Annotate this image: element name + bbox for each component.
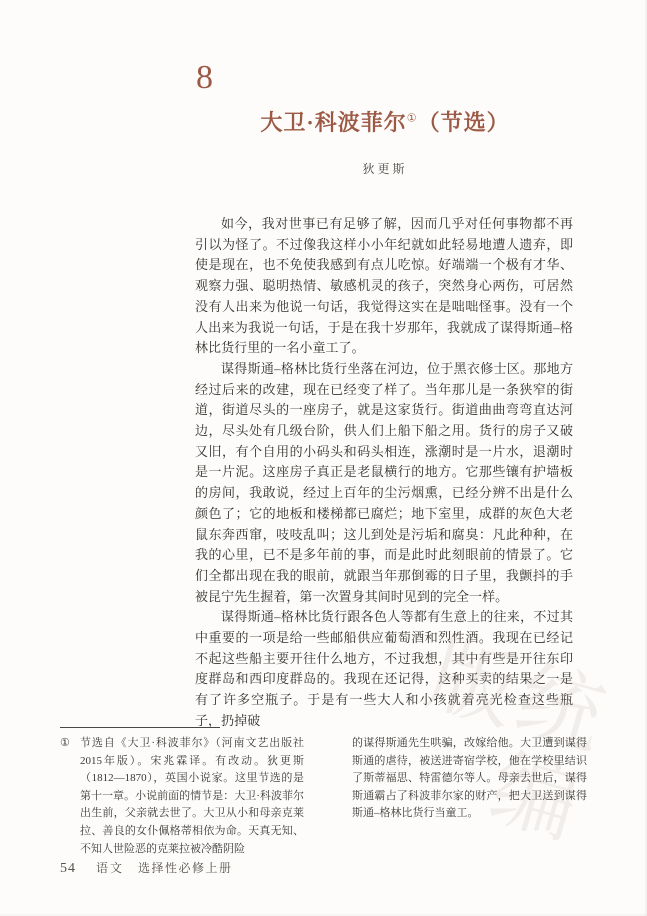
textbook-page: 8 大卫·科波菲尔①（节选） 狄更斯 如今，我对世事已有足够了解，因而几乎对任何…: [0, 0, 647, 916]
footnote-area: ①节选自《大卫·科波菲尔》（河南文艺出版社2015年版）。宋兆霖译。有改动。狄更…: [60, 735, 587, 858]
page-number: 54: [60, 861, 76, 877]
footnote-marker: ①: [60, 735, 70, 753]
footer-volume: 选择性必修上册: [138, 859, 233, 876]
footnote-right-column: 的谋得斯通先生哄骗，改嫁给他。大卫遭到谋得斯通的虐待，被送进寄宿学校，他在学校里…: [352, 735, 587, 858]
footnote-left-text: 节选自《大卫·科波菲尔》（河南文艺出版社2015年版）。宋兆霖译。有改动。狄更斯…: [80, 737, 304, 855]
footnote-ref-mark: ①: [407, 113, 418, 125]
lesson-title: 大卫·科波菲尔①（节选）: [195, 108, 575, 138]
lesson-title-suffix: （节选）: [418, 110, 510, 135]
author-name: 狄更斯: [195, 160, 575, 177]
page-footer: 54 语文 选择性必修上册: [60, 859, 233, 877]
lesson-title-text: 大卫·科波菲尔: [260, 110, 406, 135]
paragraph-1: 如今，我对世事已有足够了解，因而几乎对任何事物都不再引以为怪了。不过像我这样小小…: [195, 214, 573, 359]
footnote-left-column: ①节选自《大卫·科波菲尔》（河南文艺出版社2015年版）。宋兆霖译。有改动。狄更…: [60, 735, 304, 858]
paragraph-2: 谋得斯通–格林比货行坐落在河边，位于黑衣修士区。那地方经过后来的改建，现在已经变…: [195, 359, 573, 607]
paragraph-3: 谋得斯通–格林比货行跟各色人等都有生意上的往来，不过其中重要的一项是给一些邮船供…: [195, 607, 573, 731]
body-text: 如今，我对世事已有足够了解，因而几乎对任何事物都不再引以为怪了。不过像我这样小小…: [195, 214, 573, 732]
footer-subject: 语文: [96, 859, 124, 876]
chapter-number: 8: [196, 60, 213, 96]
footnote-divider: [60, 727, 220, 728]
